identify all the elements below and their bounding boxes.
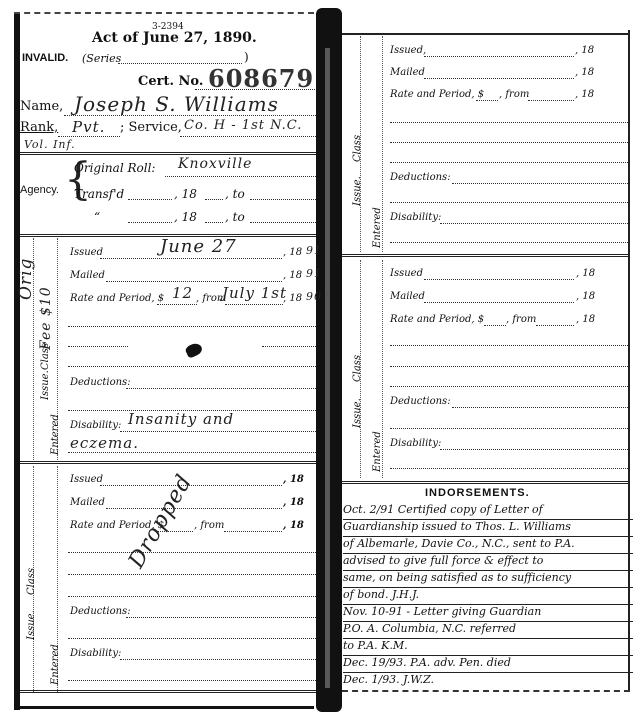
rb1-rate-field [476, 100, 498, 101]
rb1-from-label: , from [499, 89, 529, 100]
rb2-issued-label: Issued [390, 268, 423, 279]
lb1-rate-line-2 [68, 326, 316, 327]
service-value-cont: Vol. Inf. [24, 138, 76, 151]
act-overwrite: 3-2394 [152, 22, 184, 32]
rb2-class-label: Class [352, 355, 363, 382]
lb1-rate-year-value: 90 [306, 290, 322, 303]
service-field [180, 136, 316, 137]
original-roll-label: Original Roll: [74, 161, 155, 175]
indorsement-line: P.O. A. Columbia, N.C. referred [343, 621, 633, 639]
lb1-disability-line-2 [68, 452, 316, 453]
lb1-rate-line-4 [68, 366, 316, 367]
lb1-deductions-label: Deductions: [70, 377, 131, 388]
service-value: Co. H - 1st N.C. [184, 118, 302, 133]
lb1-from-value: July 1st [222, 284, 287, 302]
ditto-year-field [205, 222, 223, 223]
indorsements-title: INDORSEMENTS. [425, 487, 530, 499]
binding-spine [316, 8, 342, 712]
rb1-issued-field [424, 56, 574, 57]
act-title: Act of June 27, 1890. [92, 30, 257, 46]
lb1-rate-value: 12 [172, 284, 193, 302]
rank-field [58, 136, 120, 137]
indorsement-line: same, on being satisfied as to sufficien… [343, 570, 633, 588]
lb1-fee-value: Fee $10 [38, 286, 54, 350]
rb1-issue-label: Issue. [352, 176, 363, 206]
lb1-disability-value: Insanity and [128, 410, 234, 428]
rb2-from-field [536, 325, 574, 326]
lb2-disability-label: Disability: [70, 648, 121, 659]
rb1-line-3 [390, 142, 628, 143]
lb1-issued-year-label: , 18 [283, 247, 302, 258]
transfer-to-label: , to [225, 187, 245, 201]
rb1-rate-year-label: , 18 [575, 89, 594, 100]
indorsement-line: of bond. J.H.J. [343, 587, 633, 605]
ditto-year-label: , 18 [174, 210, 197, 224]
indorsement-line: advised to give full force & effect to [343, 553, 633, 571]
lb1-mailed-field [106, 281, 282, 282]
series-close: ) [244, 50, 249, 64]
agency-label: Agency. [20, 184, 59, 196]
rb1-issued-year-label: , 18 [575, 45, 594, 56]
left-card-border [14, 12, 328, 710]
ditto-to-label: , to [225, 210, 245, 224]
lb1-deductions-field [126, 388, 316, 389]
name-label: Name, [20, 99, 63, 114]
rb1-disability-field [440, 223, 628, 224]
invalid-label: INVALID. [22, 52, 68, 64]
lb1-rate-year-label: , 18 [283, 293, 302, 304]
lb2-deductions-label: Deductions: [70, 606, 131, 617]
rb2-mailed-year-label: , 18 [576, 291, 595, 302]
rb2-disability-line-2 [390, 468, 628, 469]
original-roll-value: Knoxville [178, 156, 252, 172]
lb2-class-label: Class [26, 568, 37, 595]
right-bottom-edge [342, 690, 630, 692]
lb2-mailed-field [106, 508, 282, 509]
ditto-mark: “ [94, 210, 100, 224]
rb1-issued-label: Issued, [390, 45, 426, 56]
lb2-mailed-year-label: , 18 [283, 497, 304, 508]
indorsement-line: Dec. 19/93. P.A. adv. Pen. died [343, 655, 633, 673]
rb2-issued-year-label: , 18 [576, 268, 595, 279]
rb1-mailed-label: Mailed [390, 67, 425, 78]
indorsement-line: Nov. 10-91 - Letter giving Guardian [343, 604, 633, 622]
rb1-line-2 [390, 122, 628, 123]
rb1-mailed-field [424, 78, 574, 79]
lb1-mailed-year-label: , 18 [283, 270, 302, 281]
indorsement-line: to P.A. K.M. [343, 638, 633, 656]
lb2-rate-line-4 [68, 596, 316, 597]
lb1-disability-field [120, 431, 316, 432]
lb2-rate-line-2 [68, 552, 316, 553]
lb2-issued-year-label: , 18 [283, 474, 304, 485]
rb2-deductions-field [452, 407, 628, 408]
transfer-label: Transf'd [74, 187, 124, 201]
rb2-disability-field [440, 449, 628, 450]
name-value: Joseph S. Williams [74, 92, 279, 116]
transfer-year-label: , 18 [174, 187, 197, 201]
lb1-from-field [225, 304, 283, 305]
lb2-deductions-field [126, 617, 316, 618]
rb1-mailed-year-label: , 18 [575, 67, 594, 78]
right-top-edge [342, 33, 630, 35]
transfer-to-field [250, 199, 316, 200]
rank-value: Pvt. [72, 118, 105, 136]
top-edge [14, 12, 314, 14]
rb2-entered-label: Entered [372, 431, 383, 472]
rb1-entered-label: Entered [372, 207, 383, 248]
lb1-mailed-year-value: 91 [306, 267, 322, 280]
lb2-disability-field [120, 659, 316, 660]
block2-divider [20, 690, 316, 693]
lb1-mailed-label: Mailed [70, 270, 105, 281]
rb1-deductions-line-2 [390, 202, 628, 203]
lb1-issue-label: Issue. [40, 370, 51, 400]
lb1-disability-value-cont: eczema. [70, 434, 139, 452]
indorsement-line: Oct. 2/91 Certified copy of Letter of [343, 502, 633, 520]
rb1-class-label: Class [352, 135, 363, 162]
lb1-rate-label: Rate and Period, $ [70, 293, 164, 304]
lb2-rate-line-3 [68, 574, 316, 575]
rb2-rate-year-label: , 18 [576, 314, 595, 325]
lb2-from-field [224, 531, 282, 532]
rb2-rate-label: Rate and Period, $ [390, 314, 484, 325]
indorsement-line: of Albemarle, Davie Co., N.C., sent to P… [343, 536, 633, 554]
lb2-issue-label: Issue. [26, 610, 37, 640]
right-block2-divider [342, 481, 630, 484]
service-label: ; Service, [120, 120, 182, 135]
rb2-line-4 [390, 386, 628, 387]
ditto-to-field [250, 222, 316, 223]
transfer-date-field [128, 199, 172, 200]
lb1-disability-label: Disability: [70, 420, 121, 431]
lb2-from-label: , from [194, 520, 224, 531]
original-roll-field [165, 176, 316, 177]
rb1-line-4 [390, 162, 628, 163]
rb1-disability-line-2 [390, 242, 628, 243]
lb2-disability-line-2 [68, 680, 316, 681]
lb1-issued-value: June 27 [160, 236, 237, 257]
lb1-issued-label: Issued [70, 247, 103, 258]
lb1-class-value: Orig [16, 258, 36, 300]
rb2-rate-field [484, 325, 506, 326]
rb2-mailed-label: Mailed [390, 291, 425, 302]
rb2-line-3 [390, 366, 628, 367]
lb1-rate-field [157, 304, 197, 305]
rb1-rate-label: Rate and Period, $ [390, 89, 484, 100]
cert-number: 608679 [208, 64, 314, 93]
rb2-deductions-line-2 [390, 428, 628, 429]
rank-label: Rank, [20, 120, 58, 135]
rb2-from-label: , from [506, 314, 536, 325]
ditto-date-field [128, 222, 172, 223]
indorsement-line: Dec. 1/93. J.W.Z. [343, 672, 633, 689]
lb1-rate-line-3a [68, 346, 128, 347]
rb2-mailed-field [424, 302, 574, 303]
rb2-disability-label: Disability: [390, 438, 441, 449]
lb1-issued-field [100, 258, 282, 259]
rb1-deductions-field [452, 183, 628, 184]
lb1-entered-label: Entered [50, 414, 61, 455]
lb1-rate-line-3b [262, 346, 316, 347]
lb2-mailed-label: Mailed [70, 497, 105, 508]
rb2-issued-field [424, 279, 574, 280]
lb2-deductions-line-2 [68, 638, 316, 639]
rb2-deductions-label: Deductions: [390, 396, 451, 407]
lb2-issued-label: Issued [70, 474, 103, 485]
transfer-year-field [205, 199, 223, 200]
rb1-from-field [528, 100, 574, 101]
lb2-entered-label: Entered [50, 644, 61, 685]
series-label: (Series [82, 52, 121, 65]
bottom-edge [14, 706, 314, 709]
rb2-issue-label: Issue. [352, 398, 363, 428]
right-block1-divider [342, 254, 630, 257]
rb1-disability-label: Disability: [390, 212, 441, 223]
lb1-issued-year-value: 91 [306, 244, 322, 257]
lb2-rate-year-label: , 18 [283, 520, 304, 531]
rb2-line-2 [390, 345, 628, 346]
indorsement-line: Guardianship issued to Thos. L. Williams [343, 519, 633, 537]
block1-divider [20, 461, 316, 464]
rb1-deductions-label: Deductions: [390, 172, 451, 183]
cert-label: Cert. No. [138, 74, 203, 89]
